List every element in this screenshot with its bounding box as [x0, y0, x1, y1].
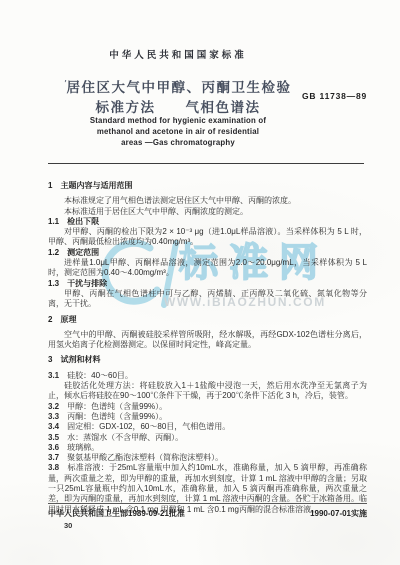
- clause-number: 3.1: [48, 371, 59, 380]
- national-standard-header: 中华人民共和国国家标准: [48, 47, 308, 61]
- section-number: 3: [48, 355, 52, 364]
- clause-item: 3.6玻璃棉。: [48, 443, 367, 453]
- body-paragraph: 空气中的甲醇、丙酮被硅胶采样管所吸附，经水解吸，再经GDX-102色谱柱分离后，…: [48, 330, 367, 351]
- title-cn-line1-text: 居住区大气中甲醇、丙酮卫生检验: [66, 80, 291, 95]
- header-rule: [48, 163, 364, 164]
- clause-number: 3.3: [48, 412, 59, 421]
- title-chinese: ′居住区大气中甲醇、丙酮卫生检验 标准方法 气相色谱法: [36, 74, 320, 117]
- clause-text: 玻璃棉。: [67, 443, 99, 452]
- section-number: 1: [48, 181, 52, 190]
- section-title: 原理: [60, 315, 76, 324]
- section-title: 主题内容与适用范围: [60, 181, 132, 190]
- section-heading: 2原理: [48, 315, 367, 325]
- body-paragraph: 本标准规定了用气相色谱法测定居住区大气中甲醇、丙酮的浓度。: [48, 196, 367, 206]
- implementation-text: 1990-07-01实施: [310, 508, 367, 519]
- footer: 中华人民共和国卫生部1989-09-21批准 1990-07-01实施: [48, 503, 367, 519]
- clause-item: 3.7聚氨基甲酸乙酯泡沫塑料（简称泡沫塑料）。: [48, 453, 367, 463]
- clause-item: 3.4固定相：GDX-102，60～80目，气相色谱用。: [48, 422, 367, 432]
- clause-number: 3.8: [48, 463, 59, 472]
- section-number: 1.3: [48, 279, 59, 288]
- title-en-line2: methanol and acetone in air of residenti…: [36, 126, 320, 137]
- section-heading: 1.1检出下限: [48, 217, 367, 227]
- document-page: 标准网 WWW.iBIAOZHUN.COM 中华人民共和国国家标准 GB 117…: [0, 0, 400, 565]
- body-paragraph: 甲醇、丙酮在气相色谱柱中可与乙醇、丙烯腈、正丙醇及二氧化硫、氮氧化物等分离，无干…: [48, 289, 367, 310]
- clause-item: 3.1硅胶：40～60目。: [48, 371, 367, 381]
- approval-text: 中华人民共和国卫生部1989-09-21批准: [48, 508, 185, 519]
- clause-number: 3.6: [48, 443, 59, 452]
- section-title: 测定范围: [67, 248, 99, 257]
- section-title: 试剂和材料: [60, 355, 100, 364]
- clause-text: 水：蒸馏水（不含甲醇、丙酮）。: [67, 433, 183, 442]
- document-content: 中华人民共和国国家标准 GB 11738—89 ′居住区大气中甲醇、丙酮卫生检验…: [0, 0, 400, 565]
- section-number: 2: [48, 315, 52, 324]
- clause-text: 聚氨基甲酸乙酯泡沫塑料（简称泡沫塑料）。: [67, 453, 223, 462]
- clause-text: 丙酮：色谱纯（含量99%）。: [67, 412, 167, 421]
- title-en-line1: Standard method for hygienic examination…: [36, 115, 320, 126]
- clause-item: 3.3丙酮：色谱纯（含量99%）。: [48, 412, 367, 422]
- body-paragraph: 对甲醇、丙酮的检出下限为2 × 10⁻³ μg（进1.0μL样品溶液）。当采样体…: [48, 227, 367, 248]
- title-english: Standard method for hygienic examination…: [36, 115, 320, 148]
- clause-number: 3.4: [48, 422, 59, 431]
- section-title: 干扰与排除: [67, 279, 107, 288]
- section-title: 检出下限: [67, 217, 99, 226]
- clause-number: 3.2: [48, 402, 59, 411]
- title-cn-line1: ′居住区大气中甲醇、丙酮卫生检验: [36, 74, 320, 98]
- section-number: 1.2: [48, 248, 59, 257]
- title-en-line3: areas —Gas chromatography: [36, 137, 320, 148]
- clause-text: 固定相：GDX-102，60～80目，气相色谱用。: [67, 422, 230, 431]
- clause-text: 甲醇：色谱纯（含量99%）。: [67, 402, 167, 411]
- page-number: 30: [64, 521, 72, 530]
- body-paragraph: 进样量1.0μL甲醇、丙酮样品溶液，测定范围为2.0～20.0μg/mL，当采样…: [48, 258, 367, 279]
- body-paragraph: 硅胶活化处理方法：将硅胶放入1＋1盐酸中浸泡一天，然后用水洗净至无氯离子为止，倾…: [48, 381, 367, 402]
- clause-item: 3.2甲醇：色谱纯（含量99%）。: [48, 402, 367, 412]
- clause-text: 硅胶：40～60目。: [67, 371, 133, 380]
- section-heading: 3试剂和材料: [48, 355, 367, 365]
- clause-item: 3.5水：蒸馏水（不含甲醇、丙酮）。: [48, 433, 367, 443]
- clause-number: 3.7: [48, 453, 59, 462]
- section-heading: 1.3干扰与排除: [48, 279, 367, 289]
- section-heading: 1主题内容与适用范围: [48, 181, 367, 191]
- section-heading: 1.2测定范围: [48, 248, 367, 258]
- document-body: 1主题内容与适用范围本标准规定了用气相色谱法测定居住区大气中甲醇、丙酮的浓度。本…: [48, 176, 367, 515]
- clause-number: 3.5: [48, 433, 59, 442]
- section-number: 1.1: [48, 217, 59, 226]
- body-paragraph: 本标准适用于居住区大气中甲醇、丙酮浓度的测定。: [48, 207, 367, 217]
